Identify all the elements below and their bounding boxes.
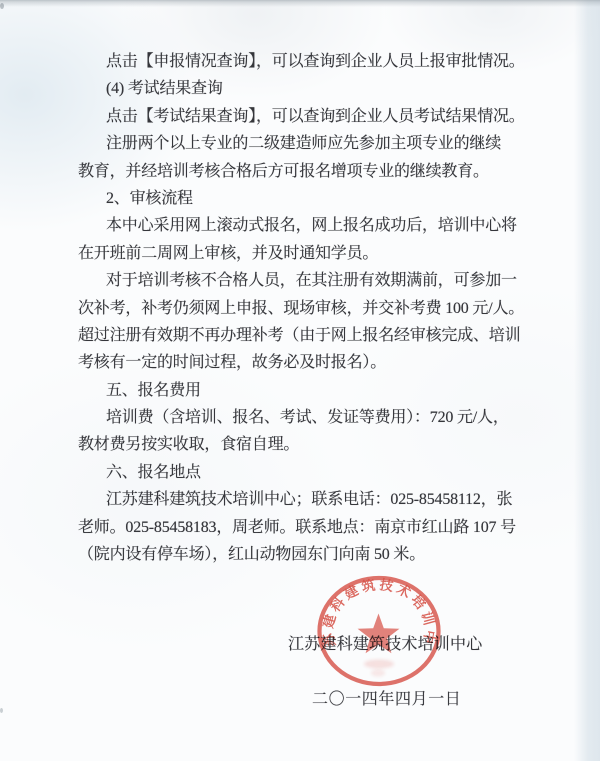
text-line: (4) 考试结果查询 (78, 75, 556, 102)
section-heading-fees: 五、报名费用 (78, 377, 556, 404)
signature-date: 二〇一四年四月一日 (312, 686, 461, 709)
seal-faint-inner-mark (364, 660, 394, 669)
text-line: 江苏建科建筑技术培训中心；联系电话：025-85458112，张 (78, 486, 556, 513)
text-line: （院内设有停车场），红山动物园东门向南 50 米。 (78, 541, 556, 568)
text-line: 考核有一定的时间过程，故务必及时报名）。 (78, 349, 556, 376)
text-line: 在开班前二周网上审核，并及时通知学员。 (78, 240, 556, 267)
text-line: 培训费（含培训、报名、考试、发证等费用）：720 元/人， (78, 404, 556, 431)
signature-org-name: 江苏建科建筑技术培训中心 (288, 631, 482, 654)
document-body: 点击【申报情况查询】，可以查询到企业人员上报审批情况。 (4) 考试结果查询 点… (78, 48, 556, 568)
section-heading-location: 六、报名地点 (78, 459, 556, 486)
section-heading-review-process: 2、审核流程 (78, 185, 556, 212)
text-line: 点击【申报情况查询】，可以查询到企业人员上报审批情况。 (78, 48, 556, 75)
scanned-document-page: 点击【申报情况查询】，可以查询到企业人员上报审批情况。 (4) 考试结果查询 点… (0, 0, 600, 761)
text-line: 教材费另按实收取，食宿自理。 (78, 431, 556, 458)
scan-artifact-speck (0, 3, 4, 9)
text-line: 点击【考试结果查询】，可以查询到企业人员考试结果情况。 (78, 103, 556, 130)
text-line: 对于培训考核不合格人员，在其注册有效期满前，可参加一 (78, 267, 556, 294)
text-line: 超过注册有效期不再办理补考（由于网上报名经审核完成、培训 (78, 322, 556, 349)
text-line: 次补考，补考仍须网上申报、现场审核，并交补考费 100 元/人。 (78, 295, 556, 322)
text-line: 老师。025-85458183，周老师。联系地点：南京市红山路 107 号 (78, 514, 556, 541)
text-line: 教育，并经培训考核合格后方可报名增项专业的继续教育。 (78, 158, 556, 185)
scan-artifact-speck (0, 708, 3, 713)
text-line: 注册两个以上专业的二级建造师应先参加主项专业的继续 (78, 130, 556, 157)
text-line: 本中心采用网上滚动式报名，网上报名成功后，培训中心将 (78, 212, 556, 239)
seal-faint-inner-mark (371, 670, 385, 677)
